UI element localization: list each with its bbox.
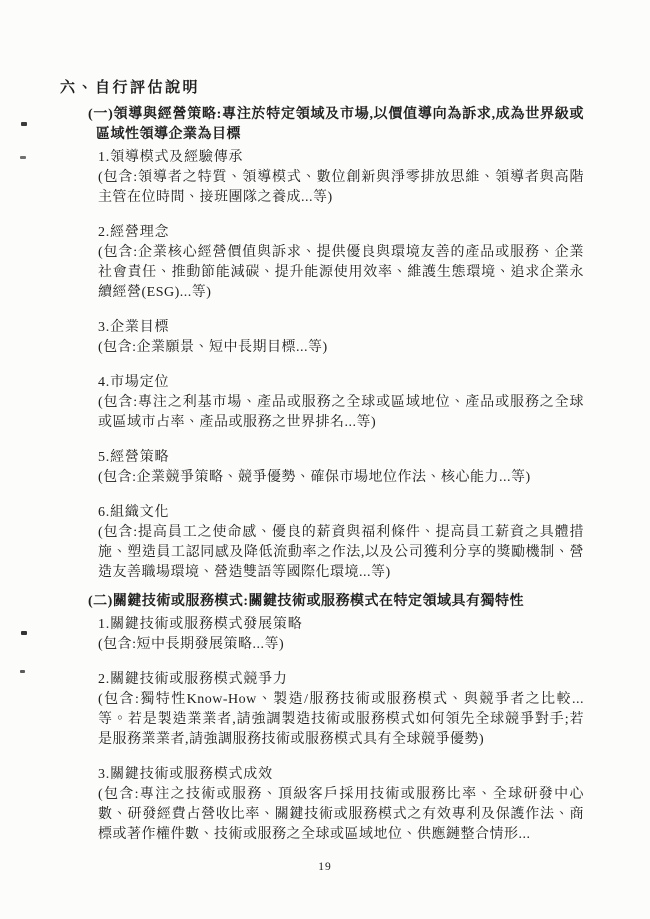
scan-speck bbox=[20, 670, 25, 673]
item-title: 5.經營策略 bbox=[98, 448, 584, 468]
item-title: 2.經營理念 bbox=[98, 223, 584, 243]
assessment-item: 1.領導模式及經驗傳承 (包含:領導者之特質、領導模式、數位創新與淨零排放思維、… bbox=[98, 148, 584, 208]
assessment-section: (一)領導與經營策略:專注於特定領域及市場,以價值導向為訴求,成為世界級或區域性… bbox=[88, 105, 584, 583]
section-label: (二) bbox=[88, 594, 113, 609]
assessment-item: 3.關鍵技術或服務模式成效 (包含:專注之技術或服務、頂級客戶採用技術或服務比率… bbox=[98, 765, 584, 845]
assessment-item: 6.組織文化 (包含:提高員工之使命感、優良的薪資與福利條件、提高員工薪資之具體… bbox=[98, 503, 584, 583]
assessment-item: 3.企業目標 (包含:企業願景、短中長期目標...等) bbox=[98, 318, 584, 358]
item-title: 1.領導模式及經驗傳承 bbox=[98, 148, 584, 168]
scan-speck bbox=[21, 631, 27, 635]
item-detail: (包含:提高員工之使命感、優良的薪資與福利條件、提高員工薪資之具體措施、塑造員工… bbox=[98, 523, 584, 583]
scan-speck bbox=[20, 156, 26, 159]
section-heading-text: 領導與經營策略:專注於特定領域及市場,以價值導向為訴求,成為世界級或區域性領導企… bbox=[96, 107, 584, 142]
item-detail: (包含:專注之利基市場、產品或服務之全球或區域地位、產品或服務之全球或區域市占率… bbox=[98, 393, 584, 433]
item-detail: (包含:短中長期發展策略...等) bbox=[98, 635, 584, 655]
assessment-section: (二)關鍵技術或服務模式:關鍵技術或服務模式在特定領域具有獨特性 1.關鍵技術或… bbox=[88, 592, 584, 845]
section-heading: (二)關鍵技術或服務模式:關鍵技術或服務模式在特定領域具有獨特性 bbox=[88, 592, 584, 612]
section-heading: (一)領導與經營策略:專注於特定領域及市場,以價值導向為訴求,成為世界級或區域性… bbox=[88, 105, 584, 145]
item-detail: (包含:企業競爭策略、競爭優勢、確保市場地位作法、核心能力...等) bbox=[98, 468, 584, 488]
assessment-item: 2.關鍵技術或服務模式競爭力 (包含:獨特性Know-How、製造/服務技術或服… bbox=[98, 670, 584, 750]
item-detail: (包含:企業核心經營價值與訴求、提供優良與環境友善的產品或服務、企業社會責任、推… bbox=[98, 243, 584, 303]
page-title: 六、自行評估說明 bbox=[0, 0, 650, 96]
item-detail: (包含:企業願景、短中長期目標...等) bbox=[98, 338, 584, 358]
item-title: 3.企業目標 bbox=[98, 318, 584, 338]
item-detail: (包含:領導者之特質、領導模式、數位創新與淨零排放思維、領導者與高階主管在位時間… bbox=[98, 168, 584, 208]
page-number: 19 bbox=[0, 861, 650, 873]
item-title: 4.市場定位 bbox=[98, 373, 584, 393]
sections-container: (一)領導與經營策略:專注於特定領域及市場,以價值導向為訴求,成為世界級或區域性… bbox=[88, 105, 584, 845]
item-title: 1.關鍵技術或服務模式發展策略 bbox=[98, 615, 584, 635]
item-detail: (包含:專注之技術或服務、頂級客戶採用技術或服務比率、全球研發中心數、研發經費占… bbox=[98, 785, 584, 845]
item-title: 2.關鍵技術或服務模式競爭力 bbox=[98, 670, 584, 690]
assessment-item: 2.經營理念 (包含:企業核心經營價值與訴求、提供優良與環境友善的產品或服務、企… bbox=[98, 223, 584, 303]
item-title: 6.組織文化 bbox=[98, 503, 584, 523]
item-detail: (包含:獨特性Know-How、製造/服務技術或服務模式、與競爭者之比較...等… bbox=[98, 690, 584, 750]
scan-speck bbox=[21, 122, 27, 126]
section-items: 1.領導模式及經驗傳承 (包含:領導者之特質、領導模式、數位創新與淨零排放思維、… bbox=[98, 148, 584, 583]
section-label: (一) bbox=[88, 107, 113, 122]
document-page: 六、自行評估說明 (一)領導與經營策略:專注於特定領域及市場,以價值導向為訴求,… bbox=[0, 0, 650, 919]
section-items: 1.關鍵技術或服務模式發展策略 (包含:短中長期發展策略...等) 2.關鍵技術… bbox=[98, 615, 584, 845]
item-title: 3.關鍵技術或服務模式成效 bbox=[98, 765, 584, 785]
section-heading-text: 關鍵技術或服務模式:關鍵技術或服務模式在特定領域具有獨特性 bbox=[113, 594, 524, 609]
assessment-item: 5.經營策略 (包含:企業競爭策略、競爭優勢、確保市場地位作法、核心能力...等… bbox=[98, 448, 584, 488]
assessment-item: 4.市場定位 (包含:專注之利基市場、產品或服務之全球或區域地位、產品或服務之全… bbox=[98, 373, 584, 433]
assessment-item: 1.關鍵技術或服務模式發展策略 (包含:短中長期發展策略...等) bbox=[98, 615, 584, 655]
